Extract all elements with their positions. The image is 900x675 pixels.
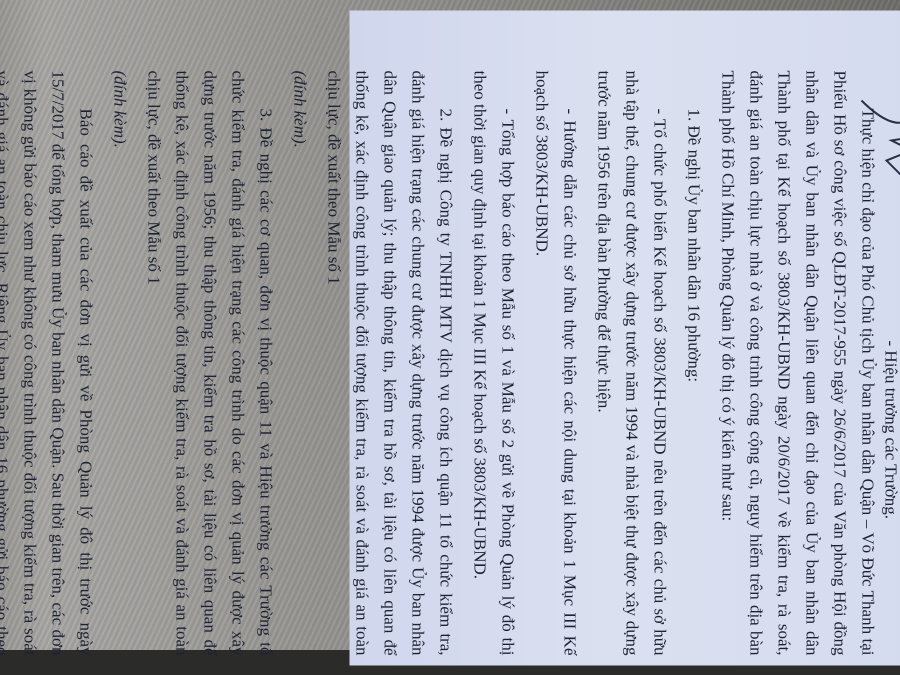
body-paragraph: 1. Đề nghị Ủy ban nhân dân 16 phường: xyxy=(680,71,708,656)
document-page: ỦY BAN NHÂN DÂN QUẬN 11 PHÒNG QUẢN LÝ ĐÔ… xyxy=(350,11,900,666)
body-paragraph: 3. Đề nghị các cơ quan, đơn vị thuộc quậ… xyxy=(140,71,280,656)
body-paragraph: Thực hiện chỉ đạo của Phó Chủ tịch Ủy ba… xyxy=(714,71,882,656)
body-paragraph: - Tổ chức phổ biến Kế hoạch số 3803/KH-U… xyxy=(590,71,674,656)
attachment-note: (đính kèm). xyxy=(106,71,134,656)
body-paragraph: Báo cáo đề xuất của các đơn vị gửi về Ph… xyxy=(0,71,100,656)
attachment-note: (đính kèm). xyxy=(286,71,314,656)
document-body: Thực hiện chỉ đạo của Phó Chủ tịch Ủy ba… xyxy=(0,71,882,656)
body-paragraph: - Hướng dẫn các chủ sở hữu thực hiện các… xyxy=(528,71,584,656)
body-paragraph: 2. Đề nghị Công ty TNHH MTV dịch vụ công… xyxy=(320,71,460,656)
body-paragraph: - Tổng hợp báo cáo theo Mẫu số 1 và Mẫu … xyxy=(466,71,522,656)
